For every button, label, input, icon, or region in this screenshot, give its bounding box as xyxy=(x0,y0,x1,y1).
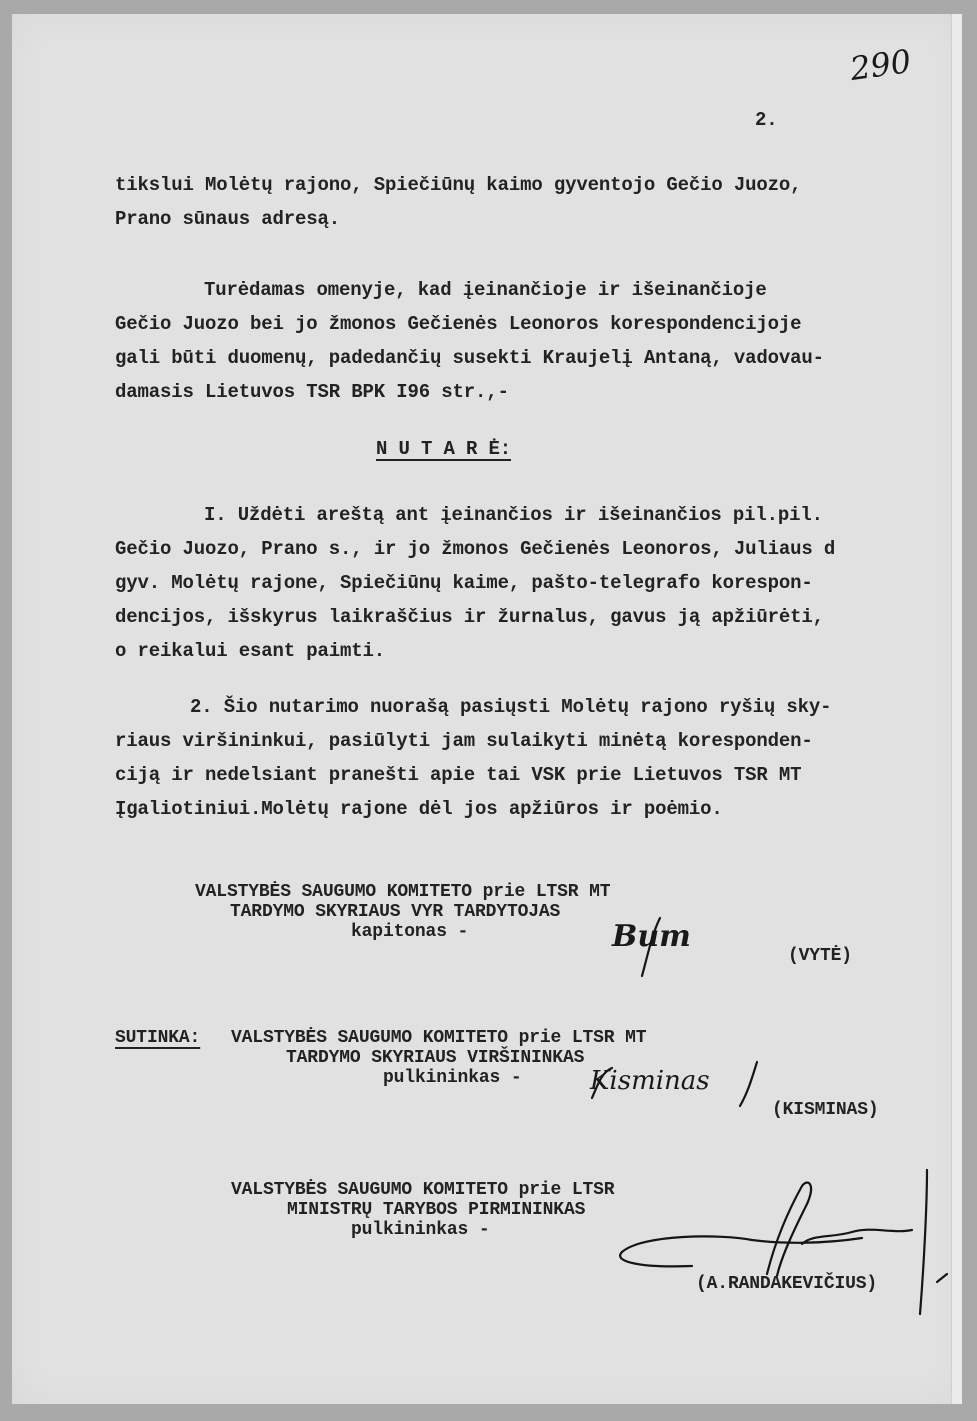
item1-line: dencijos, išskyrus laikraščius ir žurnal… xyxy=(115,606,824,628)
signature-stroke xyxy=(572,1054,772,1114)
signature-title-line: VALSTYBĖS SAUGUMO KOMITETO prie LTSR MT xyxy=(195,882,610,902)
signature-rank: kapitonas - xyxy=(351,922,468,942)
signature-title-line: VALSTYBĖS SAUGUMO KOMITETO prie LTSR xyxy=(231,1180,614,1200)
signature-stroke xyxy=(612,914,672,984)
approval-label: SUTINKA: xyxy=(115,1028,200,1048)
signature-title-line: MINISTRŲ TARYBOS PIRMININKAS xyxy=(287,1200,585,1220)
item2-line: ciją ir nedelsiant pranešti apie tai VSK… xyxy=(115,764,801,786)
signature-title-line: TARDYMO SKYRIAUS VIRŠININKAS xyxy=(286,1048,584,1068)
item1-line: I. Uždėti areštą ant įeinančios ir išein… xyxy=(204,504,823,526)
item1-line: gyv. Molėtų rajone, Spiečiūnų kaime, paš… xyxy=(115,572,813,594)
intro-line: Prano sūnaus adresą. xyxy=(115,208,340,230)
intro-line: tikslui Molėtų rajono, Spiečiūnų kaimo g… xyxy=(115,174,801,196)
signature-title-line: TARDYMO SKYRIAUS VYR TARDYTOJAS xyxy=(230,902,560,922)
item1-line: o reikalui esant paimti. xyxy=(115,640,385,662)
reasoning-line: damasis Lietuvos TSR BPK I96 str.,- xyxy=(115,381,509,403)
signature-title-line: VALSTYBĖS SAUGUMO KOMITETO prie LTSR MT xyxy=(231,1028,646,1048)
signature-rank: pulkininkas - xyxy=(383,1068,521,1088)
item2-line: 2. Šio nutarimo nuorašą pasiųsti Molėtų … xyxy=(190,696,831,718)
signature-rank: pulkininkas - xyxy=(351,1220,489,1240)
signatory-name: (A.RANDAKEVIČIUS) xyxy=(696,1274,877,1294)
document-page: 290 2. tikslui Molėtų rajono, Spiečiūnų … xyxy=(12,14,962,1404)
decision-heading: N U T A R Ė: xyxy=(376,438,511,460)
reasoning-line: gali būti duomenų, padedančių susekti Kr… xyxy=(115,347,824,369)
signatory-name: (VYTĖ) xyxy=(788,946,852,966)
page-number: 2. xyxy=(755,109,778,131)
item2-line: riaus viršininkui, pasiūlyti jam sulaiky… xyxy=(115,730,813,752)
signatory-name: (KISMINAS) xyxy=(772,1100,879,1120)
item2-line: Įgaliotiniui.Molėtų rajone dėl jos apžiū… xyxy=(115,798,723,820)
reasoning-line: Gečio Juozo bei jo žmonos Gečienės Leono… xyxy=(115,313,801,335)
archive-number: 290 xyxy=(848,42,914,88)
item1-line: Gečio Juozo, Prano s., ir jo žmonos Geči… xyxy=(115,538,835,560)
signature-stroke xyxy=(602,1164,962,1334)
reasoning-line: Turėdamas omenyje, kad įeinančioje ir iš… xyxy=(204,279,767,301)
